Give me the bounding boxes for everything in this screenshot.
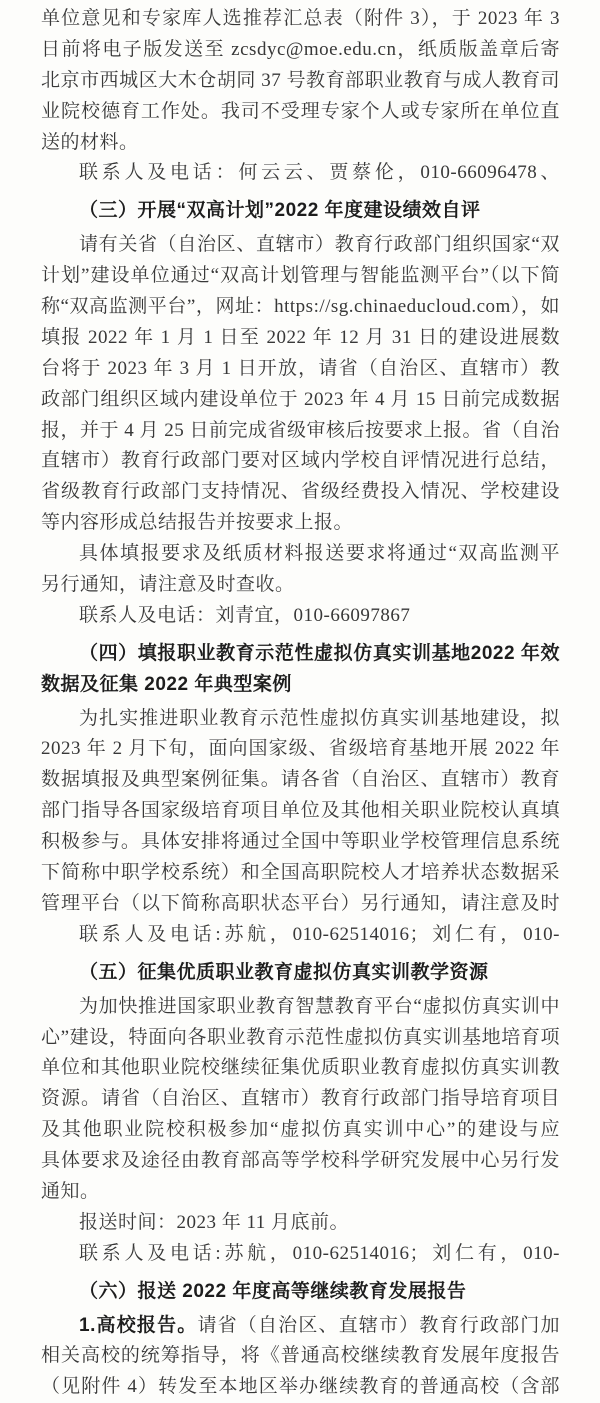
text-line: 单位和其他职业院校继续征集优质职业教育虚拟仿真实训教学 [41, 1053, 560, 1084]
heading-line: （五）征集优质职业教育虚拟仿真实训教学资源 [41, 958, 560, 989]
paragraph: 为扎实推进职业教育示范性虚拟仿真实训基地建设，拟于2023 年 2 月下旬，面向… [41, 704, 560, 920]
text-line: 下简称中职学校系统）和全国高职院校人才培养状态数据采集与 [41, 858, 560, 889]
paragraph: 请有关省（自治区、直辖市）教育行政部门组织国家“双高计划”建设单位通过“双高计划… [41, 230, 560, 539]
text-line: 报送时间：2023 年 11 月底前。 [41, 1208, 560, 1239]
text-line: 台将于 2023 年 3 月 1 日开放，请省（自治区、直辖市）教育行 [41, 354, 560, 385]
section-heading: （六）报送 2022 年度高等继续教育发展报告 [41, 1277, 560, 1308]
paragraph: 为加快推进国家职业教育智慧教育平台“虚拟仿真实训中心”建设，特面向各职业教育示范… [41, 992, 560, 1208]
text-line: 通知。 [41, 1177, 560, 1208]
text-line: 部门指导各国家级培育项目单位及其他相关职业院校认真填报、 [41, 796, 560, 827]
paragraph: 报送时间：2023 年 11 月底前。 [41, 1208, 560, 1239]
text-line: 业院校德育工作处。我司不受理专家个人或专家所在单位直接报 [41, 97, 560, 128]
text-line: 北京市西城区大木仓胡同 37 号教育部职业教育与成人教育司职 [41, 66, 560, 97]
paragraph: 1.高校报告。请省（自治区、直辖市）教育行政部门加强对相关高校的统筹指导，将《普… [41, 1311, 560, 1403]
text-line: 心”建设，特面向各职业教育示范性虚拟仿真实训基地培育项目 [41, 1023, 560, 1054]
text-line: 具体填报要求及纸质材料报送要求将通过“双高监测平台” [41, 539, 560, 570]
text-line: 资源。请省（自治区、直辖市）教育行政部门指导培育项目单位 [41, 1084, 560, 1115]
paragraph: 联系人及电话:苏航，010-62514016；刘仁有，010-66097837 [41, 1239, 560, 1270]
text-line: 等内容形成总结报告并按要求上报。 [41, 508, 560, 539]
text-line: 填报 2022 年 1 月 1 日至 2022 年 12 月 31 日的建设进展… [41, 323, 560, 354]
text-line: 单位意见和专家库人选推荐汇总表（附件 3），于 2023 年 3 月 15 [41, 4, 560, 35]
paragraph: 具体填报要求及纸质材料报送要求将通过“双高监测平台”另行通知，请注意及时查收。 [41, 539, 560, 601]
text-line: 省级教育行政部门支持情况、省级经费投入情况、学校建设进展 [41, 477, 560, 508]
paragraph: 单位意见和专家库人选推荐汇总表（附件 3），于 2023 年 3 月 15日前将… [41, 4, 560, 158]
text-line: 政部门组织区域内建设单位于 2023 年 4 月 15 日前完成数据填 [41, 385, 560, 416]
text-line: 报，并于 4 月 25 日前完成省级审核后按要求上报。省（自治区、 [41, 416, 560, 447]
text-line: 联系人及电话：何云云、贾蔡伦，010-66096478、66097826 [41, 158, 560, 189]
section-heading: （四）填报职业教育示范性虚拟仿真实训基地2022 年效能数据及征集 2022 年… [41, 639, 560, 701]
text-line: 1.高校报告。请省（自治区、直辖市）教育行政部门加强对 [41, 1311, 560, 1342]
text-line: 数据填报及典型案例征集。请各省（自治区、直辖市）教育行政 [41, 765, 560, 796]
text-line: 具体要求及途径由教育部高等学校科学研究发展中心另行发文 [41, 1146, 560, 1177]
section-heading: （三）开展“双高计划”2022 年度建设绩效自评 [41, 196, 560, 227]
text-line: （见附件 4）转发至本地区举办继续教育的普通高校（含部属高 [41, 1372, 560, 1403]
section-heading: （五）征集优质职业教育虚拟仿真实训教学资源 [41, 958, 560, 989]
heading-line: 数据及征集 2022 年典型案例 [41, 670, 560, 701]
text-line: 为加快推进国家职业教育智慧教育平台“虚拟仿真实训中 [41, 992, 560, 1023]
text-line: 积极参与。具体安排将通过全国中等职业学校管理信息系统（以 [41, 827, 560, 858]
text-line: 联系人及电话:苏航，010-62514016；刘仁有，010-66097837 [41, 1239, 560, 1270]
text-line: 管理平台（以下简称高职状态平台）另行通知，请注意及时查收。 [41, 889, 560, 920]
text-line: 2023 年 2 月下旬，面向国家级、省级培育基地开展 2022 年效能 [41, 734, 560, 765]
text-line: 联系人及电话:苏航，010-62514016；刘仁有，010-66097837 [41, 920, 560, 951]
text-line: 另行通知，请注意及时查收。 [41, 570, 560, 601]
text-line: 计划”建设单位通过“双高计划管理与智能监测平台”（以下简 [41, 261, 560, 292]
heading-line: （六）报送 2022 年度高等继续教育发展报告 [41, 1277, 560, 1308]
paragraph: 联系人及电话:苏航，010-62514016；刘仁有，010-66097837 [41, 920, 560, 951]
paragraph: 联系人及电话：何云云、贾蔡伦，010-66096478、66097826 [41, 158, 560, 189]
text-line: 直辖市）教育行政部门要对区域内学校自评情况进行总结，围绕 [41, 446, 560, 477]
heading-line: （四）填报职业教育示范性虚拟仿真实训基地2022 年效能 [41, 639, 560, 670]
document-page: 单位意见和专家库人选推荐汇总表（附件 3），于 2023 年 3 月 15日前将… [0, 0, 600, 1403]
text-line: 联系人及电话：刘青宜，010-66097867 [41, 601, 560, 632]
text-line: 及其他职业院校积极参加“虚拟仿真实训中心”的建设与应用。 [41, 1115, 560, 1146]
bold-lead-text: 1.高校报告。 [79, 1315, 197, 1336]
text-line: 日前将电子版发送至 zcsdyc@moe.edu.cn，纸质版盖章后寄送至 [41, 35, 560, 66]
heading-line: （三）开展“双高计划”2022 年度建设绩效自评 [41, 196, 560, 227]
text-line: 相关高校的统筹指导，将《普通高校继续教育发展年度报告提纲》 [41, 1341, 560, 1372]
text-line: 送的材料。 [41, 128, 560, 159]
text-line: 请有关省（自治区、直辖市）教育行政部门组织国家“双高 [41, 230, 560, 261]
text-line: 称“双高监测平台”，网址：https://sg.chinaeducloud.co… [41, 292, 560, 323]
text-line: 为扎实推进职业教育示范性虚拟仿真实训基地建设，拟于 [41, 704, 560, 735]
paragraph: 联系人及电话：刘青宜，010-66097867 [41, 601, 560, 632]
